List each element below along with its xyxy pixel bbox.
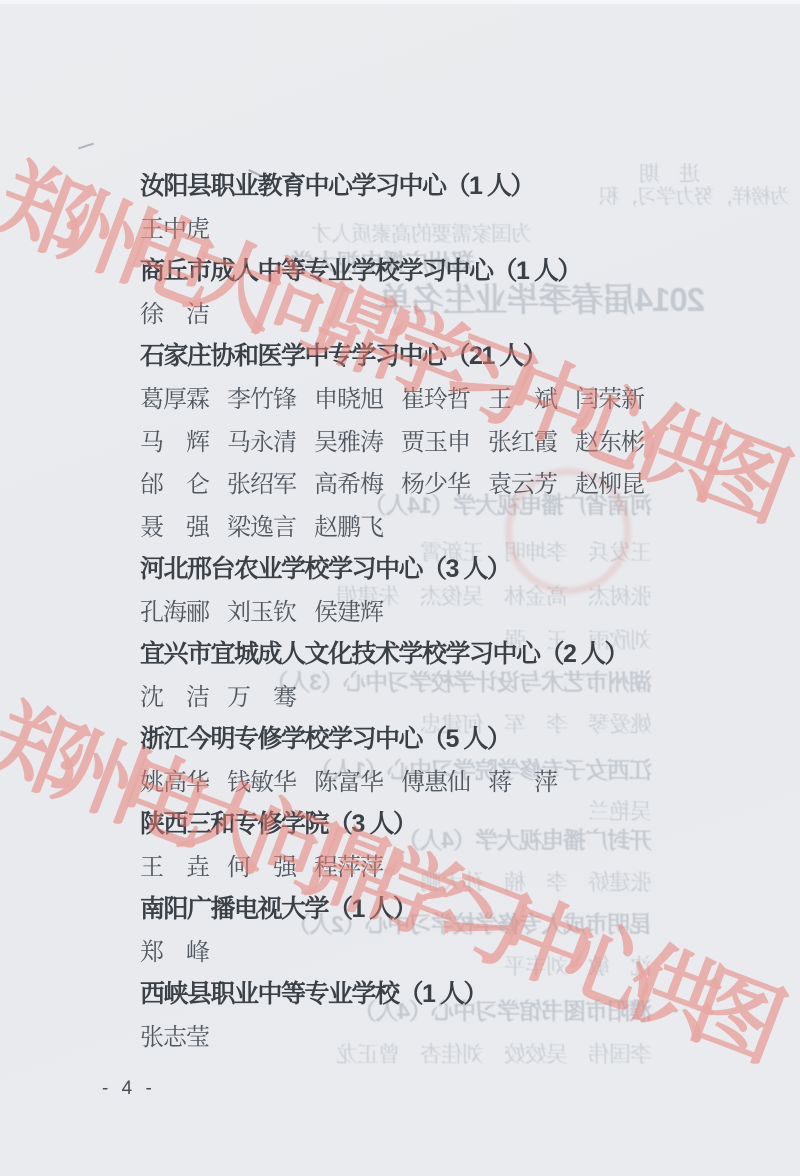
graduate-name: 万 骞	[227, 677, 296, 712]
scan-edge-artifact	[0, 0, 800, 4]
graduate-name: 张志莹	[140, 1017, 209, 1052]
graduate-name: 袁云芳	[488, 464, 557, 499]
graduate-name: 刘玉钦	[227, 592, 296, 627]
section-title: 河北邢台农业学校学习中心（3 人）	[140, 549, 510, 585]
graduate-name: 申晓旭	[314, 379, 383, 414]
graduate-name: 张绍军	[227, 464, 296, 499]
graduate-name: 马永清	[227, 422, 296, 457]
names-row: 徐 洁	[140, 291, 760, 334]
section-title: 陕西三和专修学院（3 人）	[140, 804, 416, 840]
graduate-name: 梁逸言	[227, 507, 296, 542]
section-title: 宜兴市宜城成人文化技术学校学习中心（2 人）	[140, 634, 628, 670]
graduate-name: 闫荣新	[575, 379, 644, 414]
names-row: 姚高华钱敏华陈富华傅惠仙蒋 萍	[140, 758, 760, 801]
graduate-name: 葛厚霖	[140, 379, 209, 414]
graduate-name: 马 辉	[140, 422, 209, 457]
graduate-name: 沈 洁	[140, 677, 209, 712]
graduate-name: 王中虎	[140, 209, 209, 244]
section-title: 汝阳县职业教育中心学习中心（1 人）	[140, 166, 534, 202]
graduate-name: 王 垚	[140, 847, 209, 882]
graduate-name: 崔玲哲	[401, 379, 470, 414]
graduate-name: 姚高华	[140, 762, 209, 797]
names-row: 葛厚霖李竹锋申晓旭崔玲哲王 斌闫荣新	[140, 376, 760, 419]
graduate-name: 邰 仑	[140, 464, 209, 499]
graduate-name: 钱敏华	[227, 762, 296, 797]
graduate-name: 张红霞	[488, 422, 557, 457]
graduate-name: 侯建辉	[314, 592, 383, 627]
names-row: 王 垚何 强程萍萍	[140, 843, 760, 886]
section-title: 浙江今明专修学校学习中心（5 人）	[140, 719, 510, 755]
names-row: 郑 峰	[140, 928, 760, 971]
graduate-name: 李竹锋	[227, 379, 296, 414]
document-body: 汝阳县职业教育中心学习中心（1 人） 王中虎 商丘市成人中等专业学校学习中心（1…	[140, 163, 760, 1056]
graduate-name: 赵东彬	[575, 422, 644, 457]
names-row: 张志莹	[140, 1013, 760, 1056]
scan-speck-mark	[78, 143, 94, 150]
section-title: 石家庄协和医学中专学习中心（21 人）	[140, 336, 546, 372]
names-row: 孔海郦刘玉钦侯建辉	[140, 588, 760, 631]
section-title: 西峡县职业中等专业学校（1 人）	[140, 974, 487, 1010]
graduate-name: 蒋 萍	[488, 762, 557, 797]
graduate-name: 孔海郦	[140, 592, 209, 627]
names-row: 沈 洁万 骞	[140, 673, 760, 716]
graduate-name: 程萍萍	[314, 847, 383, 882]
section-title: 商丘市成人中等专业学校学习中心（1 人）	[140, 251, 581, 287]
graduate-name: 吴雅涛	[314, 422, 383, 457]
graduate-name: 杨少华	[401, 464, 470, 499]
graduate-name: 陈富华	[314, 762, 383, 797]
graduate-name: 傅惠仙	[401, 762, 470, 797]
names-row: 王中虎	[140, 206, 760, 249]
names-row: 聂 强梁逸言赵鹏飞	[140, 503, 760, 546]
graduate-name: 郑 峰	[140, 932, 209, 967]
scanned-document-page: 进 期为榜样，努力学习，积为国家需要的高素质人才郑州广播电视大学2014届春季毕…	[0, 0, 800, 1176]
graduate-name: 徐 洁	[140, 294, 209, 329]
graduate-name: 聂 强	[140, 507, 209, 542]
names-row: 马 辉马永清吴雅涛贾玉申张红霞赵东彬	[140, 418, 760, 461]
graduate-name: 赵柳昆	[575, 464, 644, 499]
page-number: - 4 -	[102, 1078, 156, 1100]
graduate-name: 赵鹏飞	[314, 507, 383, 542]
graduate-name: 王 斌	[488, 379, 557, 414]
graduate-name: 何 强	[227, 847, 296, 882]
graduate-name: 贾玉申	[401, 422, 470, 457]
section-title: 南阳广播电视大学（1 人）	[140, 889, 416, 925]
names-row: 邰 仑张绍军高希梅杨少华袁云芳赵柳昆	[140, 461, 760, 504]
graduate-name: 高希梅	[314, 464, 383, 499]
